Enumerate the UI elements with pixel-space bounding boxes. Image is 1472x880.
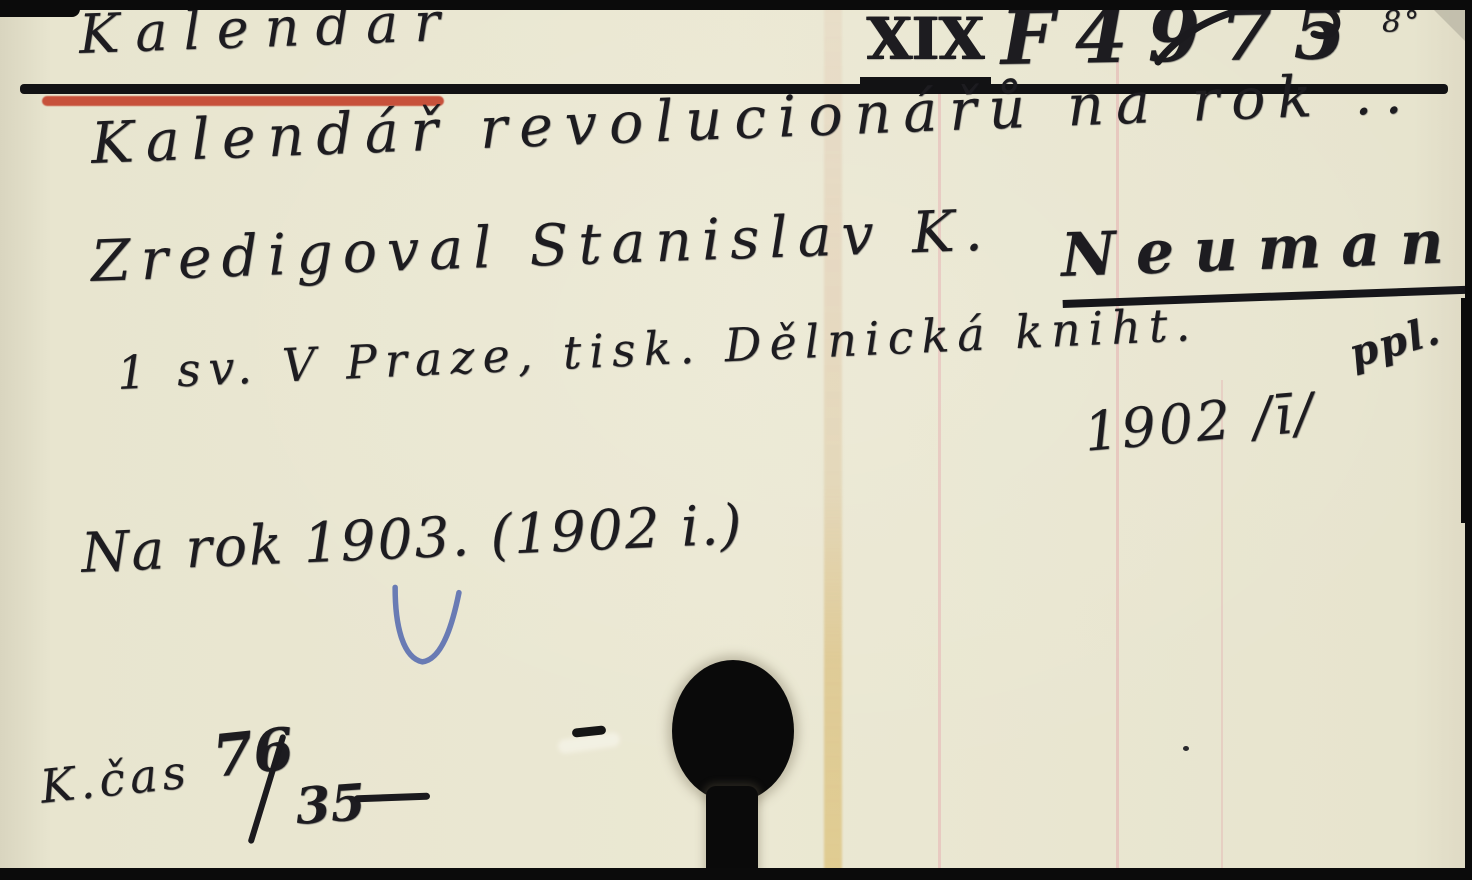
edition-note-line: Na rok 1903. (1902 i.)	[80, 497, 745, 581]
scan-edge-right-patch	[1461, 298, 1472, 523]
scan-edge-bottom	[0, 868, 1472, 880]
hole-punch-stem	[706, 786, 758, 880]
title-line: Kalendář revolucionářů na rok ..	[90, 65, 1415, 173]
catalog-card-scan: Kalendář XIX F4975 8° Kalendář revolucio…	[0, 0, 1472, 880]
shelfmark-denominator: 35	[294, 777, 367, 832]
shelfmark-numerator: 76	[210, 720, 296, 786]
imprint-line: 1 sv. V Praze, tisk. Dělnická kniht.	[116, 301, 1199, 396]
scan-edge-top-left	[0, 0, 80, 17]
ink-speck	[1183, 746, 1189, 751]
ink-flourish-icon	[1140, 0, 1370, 70]
classification-number: XIX	[860, 6, 991, 86]
vertical-pink-streak	[1221, 380, 1223, 880]
pen-tail-stroke	[354, 793, 430, 803]
format-mark: 8°	[1382, 8, 1422, 38]
card-corner-shade	[1433, 9, 1467, 43]
imprint-year: 1902 /ī/	[1082, 386, 1318, 460]
blue-check-mark-icon	[381, 581, 472, 677]
hole-punch	[672, 660, 794, 802]
imprint-note: ppl.	[1345, 310, 1445, 374]
vertical-pink-streak	[1116, 60, 1119, 880]
editor-surname-underlined: Neumann	[1060, 210, 1472, 308]
scan-edge-top	[0, 0, 1472, 10]
editor-line: Zredigoval Stanislav K.	[90, 203, 993, 291]
shelfmark-label: K.čas	[38, 748, 193, 810]
